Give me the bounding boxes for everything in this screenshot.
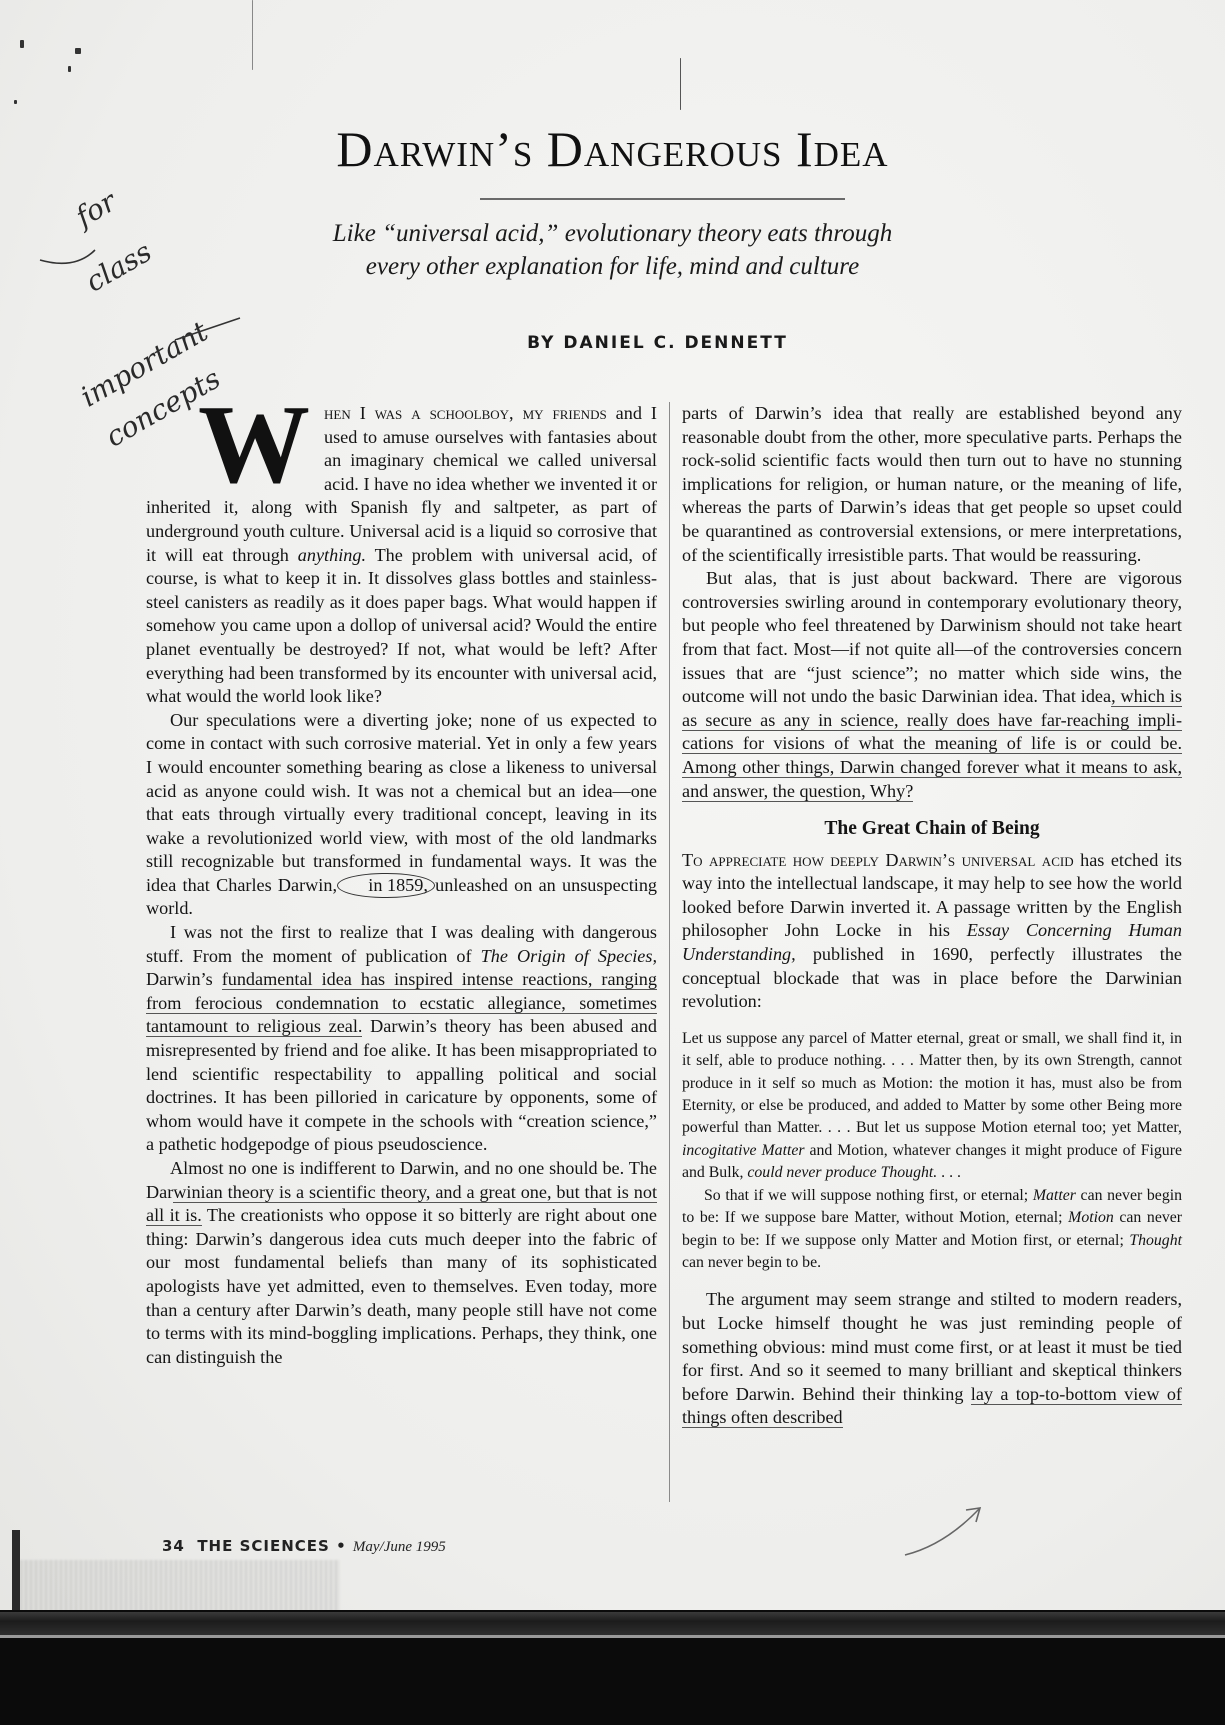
drop-cap: W [198,404,310,492]
text-run: Darwin’s [146,969,222,989]
italic-run: Matter [1033,1187,1076,1204]
right-column: parts of Darwin’s idea that really are e… [682,402,1182,1430]
scan-speck [68,66,71,72]
article-title: Darwin’s Dangerous Idea [0,120,1225,178]
italic-run: Motion [1068,1209,1114,1226]
scan-speck [75,48,81,54]
section-heading: The Great Chain of Being [682,817,1182,841]
issue-date: May/June 1995 [353,1539,446,1555]
scan-line [680,58,681,110]
scan-edge-shadow [12,1530,20,1620]
italic-run: could never produce Thought. [747,1164,937,1181]
text-run: So that if we will suppose nothing first… [704,1187,1033,1204]
subtitle-line-2: every other explanation for life, mind a… [0,250,1225,283]
text-run: The problem with universal acid, of cour… [146,545,657,707]
page-footer: 34 THE SCIENCES • May/June 1995 [162,1537,446,1556]
scan-line [252,0,253,70]
curved-arrow-icon [900,1500,990,1560]
column-divider [669,402,670,1502]
text-run: The creationists who oppose it so bitter… [146,1205,657,1367]
paragraph-4: Almost no one is indifferent to Darwin, … [146,1157,657,1369]
paragraph-2: Our speculations were a diverting joke; … [146,709,657,921]
footer-separator: • [336,1537,347,1555]
quote-paragraph-1: Let us suppose any parcel of Matter eter… [682,1028,1182,1185]
paragraph-3: I was not the first to realize that I wa… [146,921,657,1157]
paragraph-5: parts of Darwin’s idea that really are e… [682,402,1182,567]
text-run: . . . [937,1164,961,1181]
scan-speck [14,100,17,104]
book-title-italic: The Ori­gin of Species, [481,946,657,966]
subtitle-line-1: Like “universal acid,” evolutionary theo… [0,217,1225,250]
author-byline: BY DANIEL C. DENNETT [0,333,1225,353]
paragraph-7: To appreciate how deeply Darwin’s univer… [682,849,1182,1014]
locke-quotation: Let us suppose any parcel of Matter eter… [682,1028,1182,1274]
title-divider [480,198,845,200]
lead-in-smallcaps: To appreciate how deeply Darwin’s univer… [682,850,1074,870]
italic-run: anything. [298,545,366,565]
scan-edge-strip [0,1612,1225,1638]
italic-run: incogitative Matter [682,1142,805,1159]
paragraph-1: When I was a schoolboy, my friends and I… [146,402,657,709]
page-number: 34 [162,1537,185,1555]
publication-name: THE SCIENCES [197,1537,330,1555]
paragraph-6: But alas, that is just about backward. T… [682,567,1182,803]
text-run: can never begin to be. [682,1254,821,1271]
paragraph-8: The argument may seem strange and stilte… [682,1288,1182,1430]
text-run: But alas, that is just about backward. T… [682,568,1182,706]
lead-in-smallcaps: hen I was a schoolboy, my friends [324,403,607,423]
scan-smudge [20,1560,340,1615]
text-run: Dar­win’s theory has been abused and mis… [146,1016,657,1154]
left-column: When I was a schoolboy, my friends and I… [146,402,657,1369]
quote-paragraph-2: So that if we will suppose nothing first… [682,1185,1182,1275]
text-run: Let us suppose any parcel of Matter eter… [682,1030,1182,1137]
text-run: Our speculations were a diverting joke; … [146,710,657,895]
scan-speck [20,40,24,48]
italic-run: Thought [1129,1232,1182,1249]
circled-annotation: in 1859, [337,873,435,899]
article-subtitle: Like “universal acid,” evolutionary theo… [0,217,1225,283]
